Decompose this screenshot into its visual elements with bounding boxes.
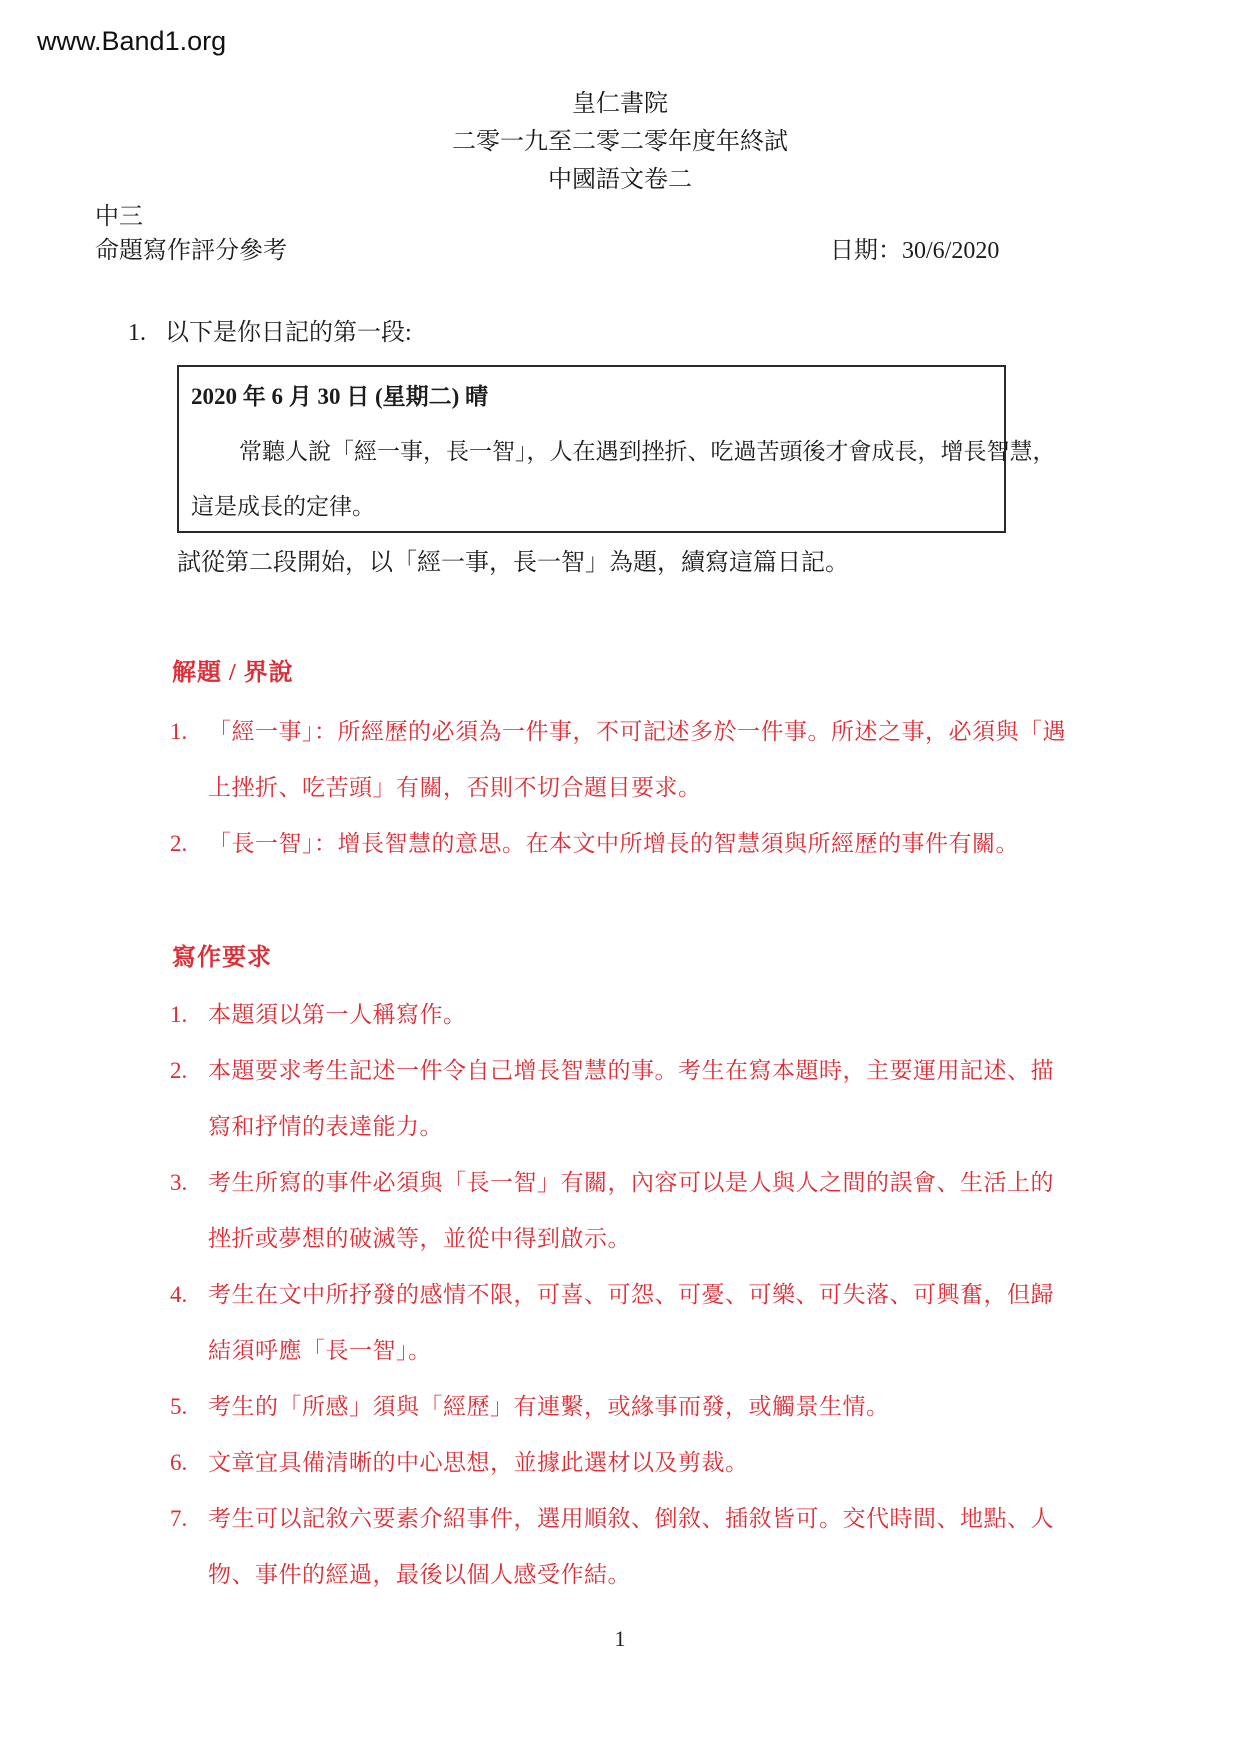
list-item-number: 2. <box>170 816 208 872</box>
list-item-number: 5. <box>170 1379 208 1435</box>
document-header: 皇仁書院 二零一九至二零二零年度年終試 中國語文卷二 <box>0 85 1240 199</box>
list-item-text: 考生在文中所抒發的感情不限，可喜、可怨、可憂、可樂、可失落、可興奮，但歸 結須呼… <box>208 1267 1054 1379</box>
list-item-number: 7. <box>170 1491 208 1547</box>
list-item-number: 1. <box>170 704 208 760</box>
school-name: 皇仁書院 <box>0 85 1240 123</box>
diary-paragraph-line-1: 常聽人說「經一事，長一智」，人在遇到挫折、吃過苦頭後才會成長，增長智慧， <box>239 438 1056 466</box>
list-item-number: 3. <box>170 1155 208 1211</box>
list-item-line: 「長一智」：增長智慧的意思。在本文中所增長的智慧須與所經歷的事件有關。 <box>208 816 1019 872</box>
question-number: 1. <box>128 319 165 347</box>
list-item-line: 挫折或夢想的破滅等，並從中得到啟示。 <box>208 1211 1054 1267</box>
list-item: 7. 考生可以記敘六要素介紹事件，選用順敘、倒敘、插敘皆可。交代時間、地點、人 … <box>170 1491 1054 1603</box>
list-item: 2. 「長一智」：增長智慧的意思。在本文中所增長的智慧須與所經歷的事件有關。 <box>170 816 1066 872</box>
list-item-text: 本題須以第一人稱寫作。 <box>208 987 467 1043</box>
diary-date-line: 2020 年 6 月 30 日 (星期二) 晴 <box>191 383 488 411</box>
diary-excerpt-box: 2020 年 6 月 30 日 (星期二) 晴 常聽人說「經一事，長一智」，人在… <box>177 365 1006 533</box>
list-item-text: 考生所寫的事件必須與「長一智」有關，內容可以是人與人之間的誤會、生活上的 挫折或… <box>208 1155 1054 1267</box>
list-item: 5. 考生的「所感」須與「經歷」有連繫，或緣事而發，或觸景生情。 <box>170 1379 1054 1435</box>
list-item: 1. 本題須以第一人稱寫作。 <box>170 987 1054 1043</box>
list-item: 2. 本題要求考生記述一件令自己增長智慧的事。考生在寫本題時，主要運用記述、描 … <box>170 1043 1054 1155</box>
list-item-line: 上挫折、吃苦頭」有關，否則不切合題目要求。 <box>208 760 1066 816</box>
list-item-line: 寫和抒情的表達能力。 <box>208 1099 1054 1155</box>
list-item-text: 本題要求考生記述一件令自己增長智慧的事。考生在寫本題時，主要運用記述、描 寫和抒… <box>208 1043 1054 1155</box>
paper-title: 中國語文卷二 <box>0 161 1240 199</box>
list-item: 1. 「經一事」：所經歷的必須為一件事，不可記述多於一件事。所述之事，必須與「遇… <box>170 704 1066 816</box>
list-item-line: 考生的「所感」須與「經歷」有連繫，或緣事而發，或觸景生情。 <box>208 1379 890 1435</box>
list-item-line: 本題須以第一人稱寫作。 <box>208 987 467 1043</box>
list-item-line: 物、事件的經過，最後以個人感受作結。 <box>208 1547 1054 1603</box>
section-heading-jieti: 解題 / 界說 <box>172 659 294 687</box>
site-watermark: www.Band1.org <box>37 26 226 57</box>
xiezuo-list: 1. 本題須以第一人稱寫作。 2. 本題要求考生記述一件令自己增長智慧的事。考生… <box>170 987 1054 1603</box>
list-item: 4. 考生在文中所抒發的感情不限，可喜、可怨、可憂、可樂、可失落、可興奮，但歸 … <box>170 1267 1054 1379</box>
list-item-line: 本題要求考生記述一件令自己增長智慧的事。考生在寫本題時，主要運用記述、描 <box>208 1043 1054 1099</box>
list-item-number: 6. <box>170 1435 208 1491</box>
document-page: www.Band1.org 皇仁書院 二零一九至二零二零年度年終試 中國語文卷二… <box>0 0 1240 1754</box>
jieti-list: 1. 「經一事」：所經歷的必須為一件事，不可記述多於一件事。所述之事，必須與「遇… <box>170 704 1066 872</box>
list-item-text: 「經一事」：所經歷的必須為一件事，不可記述多於一件事。所述之事，必須與「遇 上挫… <box>208 704 1066 816</box>
question-intro-row: 1.以下是你日記的第一段: <box>128 319 412 347</box>
list-item-number: 2. <box>170 1043 208 1099</box>
list-item-text: 「長一智」：增長智慧的意思。在本文中所增長的智慧須與所經歷的事件有關。 <box>208 816 1019 872</box>
list-item-number: 4. <box>170 1267 208 1323</box>
page-number: 1 <box>0 1626 1240 1652</box>
list-item-text: 考生可以記敘六要素介紹事件，選用順敘、倒敘、插敘皆可。交代時間、地點、人 物、事… <box>208 1491 1054 1603</box>
list-item-number: 1. <box>170 987 208 1043</box>
exam-year-title: 二零一九至二零二零年度年終試 <box>0 123 1240 161</box>
list-item-text: 文章宜具備清晰的中心思想，並據此選材以及剪裁。 <box>208 1435 749 1491</box>
list-item-line: 考生在文中所抒發的感情不限，可喜、可怨、可憂、可樂、可失落、可興奮，但歸 <box>208 1267 1054 1323</box>
doc-title: 命題寫作評分參考 <box>95 237 287 265</box>
list-item-line: 考生所寫的事件必須與「長一智」有關，內容可以是人與人之間的誤會、生活上的 <box>208 1155 1054 1211</box>
list-item-text: 考生的「所感」須與「經歷」有連繫，或緣事而發，或觸景生情。 <box>208 1379 890 1435</box>
list-item: 3. 考生所寫的事件必須與「長一智」有關，內容可以是人與人之間的誤會、生活上的 … <box>170 1155 1054 1267</box>
exam-date: 日期：30/6/2020 <box>830 237 999 265</box>
question-intro: 以下是你日記的第一段: <box>165 320 412 346</box>
form-level: 中三 <box>95 203 143 231</box>
question-instruction: 試從第二段開始，以「經一事，長一智」為題，續寫這篇日記。 <box>177 549 849 577</box>
list-item-line: 「經一事」：所經歷的必須為一件事，不可記述多於一件事。所述之事，必須與「遇 <box>208 704 1066 760</box>
list-item-line: 考生可以記敘六要素介紹事件，選用順敘、倒敘、插敘皆可。交代時間、地點、人 <box>208 1491 1054 1547</box>
list-item: 6. 文章宜具備清晰的中心思想，並據此選材以及剪裁。 <box>170 1435 1054 1491</box>
diary-paragraph-line-2: 這是成長的定律。 <box>191 493 375 521</box>
section-heading-xiezuo: 寫作要求 <box>172 944 272 972</box>
list-item-line: 結須呼應「長一智」。 <box>208 1323 1054 1379</box>
list-item-line: 文章宜具備清晰的中心思想，並據此選材以及剪裁。 <box>208 1435 749 1491</box>
